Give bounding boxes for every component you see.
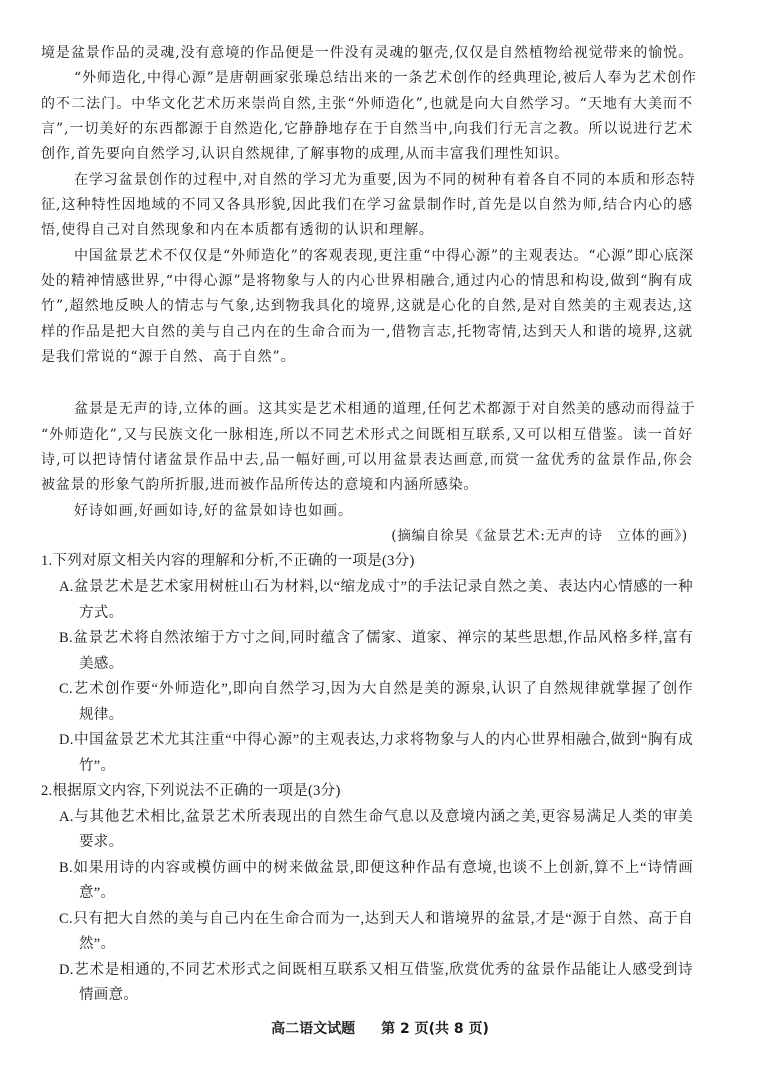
passage-line: 样的作品是把大自然的美与自己内在的生命合而为一,借物言志,托物寄情,达到天人和谐… — [41, 323, 693, 341]
passage-line: 征,这种特性因地域的不同又各具形貌,因此我们在学习盆景制作时,首先是以自然为师,… — [41, 196, 693, 214]
passage-line: 好诗如画,好画如诗,好的盆景如诗也如画。 — [74, 502, 693, 520]
option-text: 艺术是相通的,不同艺术形式之间既相互联系又相互借鉴,欣赏优秀的盆景作品能让人感受… — [74, 962, 693, 978]
question-1-option-b: B.盆景艺术将自然浓缩于方寸之间,同时蕴含了儒家、道家、禅宗的某些思想,作品风格… — [59, 629, 693, 647]
page-number: 第 2 页(共 8 页) — [381, 1018, 489, 1038]
passage-line: 被盆景的形象气韵所折服,进而被作品所传达的意境和内涵所感染。 — [41, 476, 693, 494]
option-text: 只有把大自然的美与自己内在生命合而为一,达到天人和谐境界的盆景,才是“源于自然、… — [73, 911, 693, 927]
question-1-option-b-cont: 美感。 — [79, 655, 693, 673]
question-2-stem: 2.根据原文内容,下列说法不正确的一项是(3分) — [41, 782, 341, 800]
question-1-option-c: C.艺术创作要“外师造化”,即向自然学习,因为大自然是美的源泉,认识了自然规律就… — [59, 680, 693, 698]
passage-line: 言”,一切美好的东西都源于自然造化,它静静地存在于自然当中,向我们行无言之教。所… — [41, 120, 693, 138]
passage-line: 境是盆景作品的灵魂,没有意境的作品便是一件没有灵魂的躯壳,仅仅是自然植物给视觉带… — [41, 44, 693, 62]
question-2-option-c-cont: 然”。 — [79, 935, 693, 953]
question-1-option-d-cont: 竹”。 — [79, 757, 693, 775]
source-citation: (摘编自徐昊《盆景艺术:无声的诗 立体的画》) — [391, 527, 688, 545]
option-label: B. — [59, 860, 73, 876]
option-label: B. — [59, 630, 73, 646]
passage-line: 的不二法门。中华文化艺术历来崇尚自然,主张“外师造化”,也就是向大自然学习。“天… — [41, 95, 693, 113]
question-1-option-a-cont: 方式。 — [79, 604, 693, 622]
question-2-option-d: D.艺术是相通的,不同艺术形式之间既相互联系又相互借鉴,欣赏优秀的盆景作品能让人… — [59, 961, 693, 979]
passage-line: “外师造化,中得心源”是唐朝画家张璪总结出来的一条艺术创作的经典理论,被后人奉为… — [74, 69, 693, 87]
option-text: 艺术创作要“外师造化”,即向自然学习,因为大自然是美的源泉,认识了自然规律就掌握… — [73, 681, 693, 697]
passage-line: 创作,首先要向自然学习,认识自然规律,了解事物的成理,从而丰富我们理性知识。 — [41, 145, 693, 163]
option-label: C. — [59, 911, 73, 927]
option-label: A. — [59, 809, 74, 825]
option-label: D. — [59, 732, 74, 748]
passage-line: 中国盆景艺术不仅仅是“外师造化”的客观表现,更注重“中得心源”的主观表达。“心源… — [74, 247, 693, 265]
passage-line: 处的精神情感世界,“中得心源”是将物象与人的内心世界相融合,通过内心的情思和构设… — [41, 272, 693, 290]
passage-line: 竹”,超然地反映人的情志与气象,达到物我具化的境界,这就是心化的自然,是对自然美… — [41, 297, 693, 315]
option-label: D. — [59, 962, 74, 978]
question-1-option-a: A.盆景艺术是艺术家用树桩山石为材料,以“缩龙成寸”的手法记录自然之美、表达内心… — [59, 578, 693, 596]
passage-line: 悟,使得自己对自然现象和内在本质都有透彻的认识和理解。 — [41, 221, 693, 239]
option-label: A. — [59, 579, 74, 595]
exam-page: 境是盆景作品的灵魂,没有意境的作品便是一件没有灵魂的躯壳,仅仅是自然植物给视觉带… — [0, 0, 760, 1074]
question-1-stem: 1.下列对原文相关内容的理解和分析,不正确的一项是(3分) — [41, 552, 415, 570]
question-2-option-b: B.如果用诗的内容或模仿画中的树来做盆景,即便这种作品有意境,也谈不上创新,算不… — [59, 859, 693, 877]
question-1-option-d: D.中国盆景艺术尤其注重“中得心源”的主观表达,力求将物象与人的内心世界相融合,… — [59, 731, 693, 749]
question-2-option-c: C.只有把大自然的美与自己内在生命合而为一,达到天人和谐境界的盆景,才是“源于自… — [59, 910, 693, 928]
page-footer: 高二语文试题第 2 页(共 8 页) — [0, 1018, 760, 1038]
option-text: 与其他艺术相比,盆景艺术所表现出的自然生命气息以及意境内涵之美,更容易满足人类的… — [74, 809, 693, 825]
question-2-option-a-cont: 要求。 — [79, 833, 693, 851]
exam-title: 高二语文试题 — [271, 1018, 355, 1038]
question-2-option-d-cont: 情画意。 — [79, 986, 693, 1004]
option-text: 盆景艺术是艺术家用树桩山石为材料,以“缩龙成寸”的手法记录自然之美、表达内心情感… — [74, 579, 693, 595]
passage-line: 诗,可以把诗情付诸盆景作品中去,品一幅好画,可以用盆景表达画意,而赏一盆优秀的盆… — [41, 451, 693, 469]
passage-line: 是我们常说的“源于自然、高于自然”。 — [41, 348, 693, 366]
option-label: C. — [59, 681, 73, 697]
question-2-option-b-cont: 意”。 — [79, 884, 693, 902]
passage-line: 盆景是无声的诗,立体的画。这其实是艺术相通的道理,任何艺术都源于对自然美的感动而… — [74, 400, 693, 418]
question-2-option-a: A.与其他艺术相比,盆景艺术所表现出的自然生命气息以及意境内涵之美,更容易满足人… — [59, 808, 693, 826]
passage-line: 在学习盆景创作的过程中,对自然的学习尤为重要,因为不同的树种有着各自不同的本质和… — [74, 171, 693, 189]
passage-line: “外师造化”,又与民族文化一脉相连,所以不同艺术形式之间既相互联系,又可以相互借… — [41, 426, 693, 444]
option-text: 中国盆景艺术尤其注重“中得心源”的主观表达,力求将物象与人的内心世界相融合,做到… — [74, 732, 693, 748]
question-1-option-c-cont: 规律。 — [79, 706, 693, 724]
option-text: 如果用诗的内容或模仿画中的树来做盆景,即便这种作品有意境,也谈不上创新,算不上“… — [73, 860, 693, 876]
option-text: 盆景艺术将自然浓缩于方寸之间,同时蕴含了儒家、道家、禅宗的某些思想,作品风格多样… — [73, 630, 693, 646]
